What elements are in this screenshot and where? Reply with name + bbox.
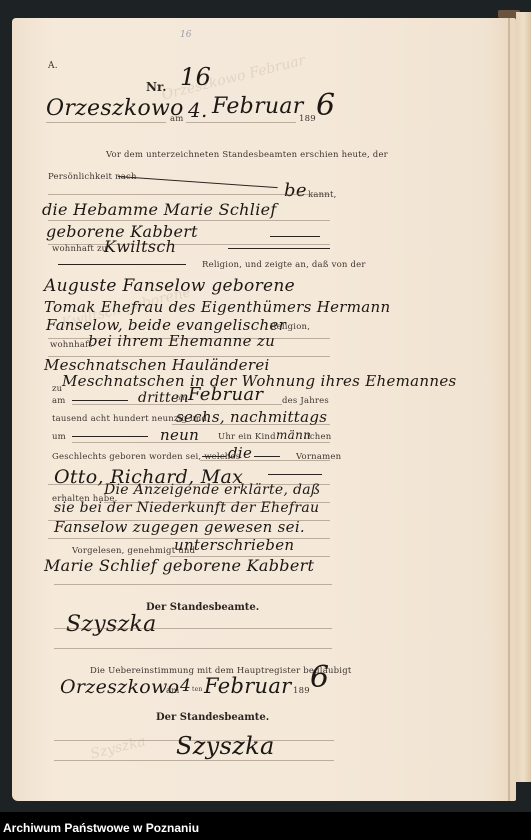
birth-month: Februar [188,384,263,405]
birth-place-label: zu [52,384,62,394]
month: Februar [212,94,304,119]
sex-suffix: lichen [304,432,331,442]
birth-year-label: des Jahres [282,396,329,406]
nr-label: Nr. [146,80,166,94]
identity-suffix: kannt, [308,190,337,200]
birth-time-text: Uhr ein Kind [218,432,276,442]
informant-signature: Marie Schlief geborene Kabbert [44,556,314,575]
am-label: am [170,114,184,124]
year-suffix: 6 [316,88,335,123]
archive-footer: Archiwum Państwowe w Poznaniu [0,812,531,840]
informant-line1: die Hebamme Marie Schlief [42,200,277,219]
religion-line: Religion, und zeigte an, daß von der [202,260,366,270]
birth-day-suffix: ten [176,395,186,402]
residence-label: wohnhaft zu [52,244,107,254]
cert-year-suffix: 6 [310,660,329,695]
received-line1: Die Anzeigende erklärte, daß [104,482,321,498]
mother-line1: Auguste Fanselow geborene [44,276,295,296]
pencil-page-number: 16 [180,30,191,40]
day: 4. [188,98,208,122]
received-line2: sie bei der Niederkunft der Ehefrau [54,500,319,516]
cert-day-suffix: ten [192,686,202,693]
birth-time-label: um [52,432,66,442]
mother-religion-label: Religion, [270,322,310,332]
residence-value: Kwiltsch [104,237,176,256]
received-line3: Fanselow zugegen gewesen sei. [54,518,305,536]
intro-line: Vor dem unterzeichneten Standesbeamten e… [106,150,388,160]
cert-am-label: am [166,686,180,696]
archive-name: Archiwum Państwowe w Poznaniu [3,821,199,835]
registrar-title: Der Standesbeamte. [146,602,259,613]
read-approved-value: unterschrieben [174,536,294,554]
registrar-signature: Szyszka [66,612,157,637]
mother-line2: Tomak Ehefrau des Eigenthümers Hermann [44,298,390,316]
form-letter: A. [48,61,58,71]
cert-month: Februar [204,674,292,698]
mother-residence-line1: bei ihrem Ehemanne zu [88,332,275,350]
page-fold [508,18,510,801]
identity-handwritten: be [284,180,307,201]
next-page-edge [516,12,531,782]
birth-am-label: am [52,396,66,406]
registrar-title-2: Der Standesbeamte. [156,712,269,723]
cert-year-prefix: 189 [293,686,310,696]
registrar-signature-2: Szyszka [176,732,275,760]
mother-residence-label: wohnhaft [50,340,92,350]
cert-place: Orzeszkowo [60,676,179,698]
place: Orzeszkowo [46,96,184,121]
year-prefix: 189 [299,114,316,124]
record-number: 16 [180,63,211,91]
cert-day: 4 [180,676,191,696]
